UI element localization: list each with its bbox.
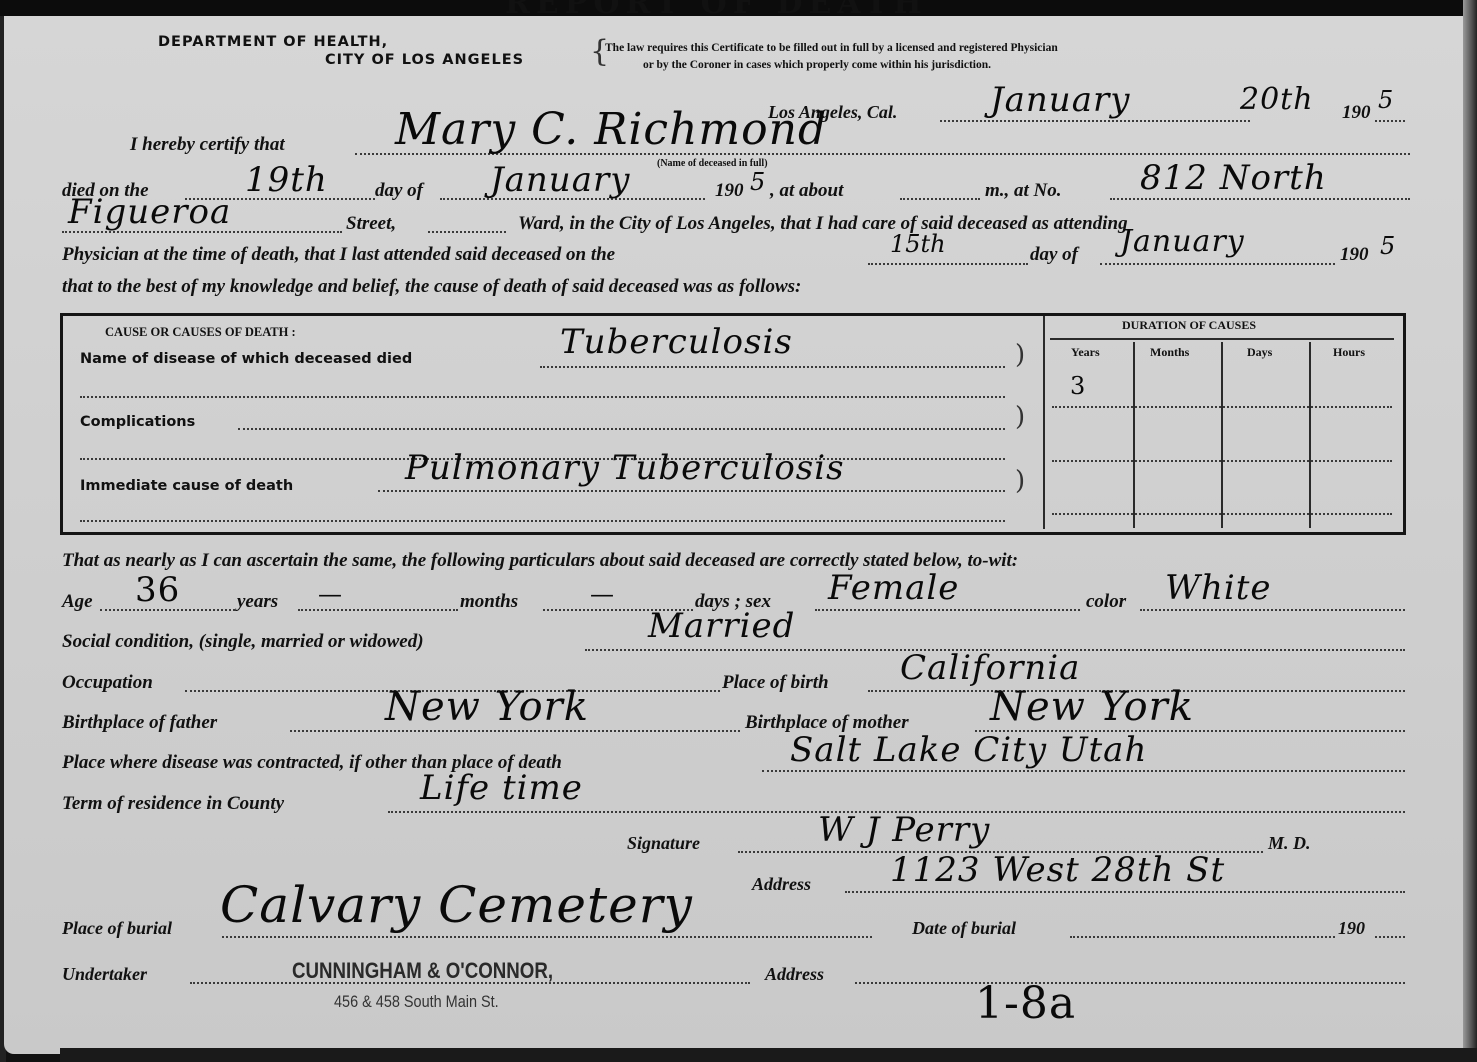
- sex-value: Female: [828, 568, 959, 608]
- file-note: 1-8a: [975, 978, 1076, 1029]
- physician-address-value: 1123 West 28th St: [890, 850, 1225, 890]
- place-of-burial-label: Place of burial: [62, 918, 172, 939]
- signature-label: Signature: [627, 833, 700, 854]
- father-birthplace-label: Birthplace of father: [62, 712, 217, 734]
- report-date-month: January: [990, 80, 1130, 120]
- report-year-suffix: 5: [1378, 86, 1393, 114]
- death-year-suffix: 5: [750, 168, 765, 196]
- death-month: January: [490, 160, 630, 200]
- duration-col-years: Years: [1071, 345, 1100, 360]
- last-attended-month: January: [1120, 224, 1245, 259]
- last-attended-year-prefix: 190: [1340, 244, 1369, 266]
- physician-text: Physician at the time of death, that I l…: [62, 244, 615, 266]
- color-value: White: [1165, 568, 1272, 608]
- duration-heading: DURATION OF CAUSES: [1122, 318, 1256, 333]
- law-notice-line-1: The law requires this Certificate to be …: [605, 42, 1058, 54]
- color-label: color: [1086, 591, 1126, 613]
- residence-term-value: Life time: [420, 768, 583, 808]
- day-of-label: day of: [375, 180, 423, 202]
- m-at-no-label: m., at No.: [985, 180, 1062, 202]
- scan-bottom-edge: [60, 1048, 1477, 1062]
- deceased-name: Mary C. Richmond: [395, 104, 827, 155]
- social-condition-value: Married: [648, 606, 795, 646]
- physician-address-label: Address: [752, 874, 811, 895]
- age-years: 36: [135, 570, 180, 610]
- months-label: months: [460, 591, 518, 613]
- burial-year-prefix: 190: [1338, 918, 1365, 939]
- duration-col-months: Months: [1150, 345, 1189, 360]
- residence-term-label: Term of residence in County: [62, 793, 284, 815]
- undertaker-stamp-name: CUNNINGHAM & O'CONNOR,: [292, 958, 553, 984]
- death-day: 19th: [245, 160, 328, 200]
- department-line-2: CITY OF LOS ANGELES: [325, 52, 524, 68]
- cause-intro: that to the best of my knowledge and bel…: [62, 276, 801, 298]
- md-label: M. D.: [1268, 833, 1311, 854]
- street-name: Figueroa: [68, 192, 231, 232]
- place-of-birth-label: Place of birth: [722, 672, 829, 694]
- undertaker-address-label: Address: [765, 964, 824, 985]
- immediate-cause-label: Immediate cause of death: [80, 478, 293, 494]
- disease-label: Name of disease of which deceased died: [80, 351, 412, 367]
- age-days: —: [590, 580, 614, 608]
- father-birthplace-value: New York: [385, 684, 589, 730]
- mother-birthplace-value: New York: [990, 684, 1194, 730]
- age-months: —: [318, 580, 342, 608]
- undertaker-stamp-address: 456 & 458 South Main St.: [334, 992, 499, 1012]
- department-line-1: DEPARTMENT OF HEALTH,: [158, 34, 388, 50]
- place-of-birth-value: California: [900, 648, 1080, 688]
- duration-col-days: Days: [1247, 345, 1272, 360]
- street-label: Street,: [346, 213, 396, 235]
- certify-label: I hereby certify that: [130, 134, 285, 156]
- date-of-burial-label: Date of burial: [912, 918, 1016, 939]
- report-date-day: 20th: [1240, 82, 1314, 117]
- report-year-prefix: 190: [1342, 102, 1371, 124]
- scan-right-edge: [1463, 0, 1477, 1062]
- social-condition-label: Social condition, (single, married or wi…: [62, 631, 424, 653]
- disease-value: Tuberculosis: [560, 322, 793, 362]
- physician-signature: W J Perry: [818, 810, 990, 850]
- last-attended-day: 15th: [890, 230, 946, 258]
- last-attended-day-of-label: day of: [1030, 244, 1078, 266]
- age-label: Age: [62, 591, 93, 613]
- causes-heading: CAUSE OR CAUSES OF DEATH :: [105, 325, 296, 340]
- years-label: years: [237, 591, 278, 613]
- document-title: REPORT OF DEATH: [505, 0, 928, 21]
- immediate-cause-value: Pulmonary Tuberculosis: [405, 448, 845, 488]
- law-notice-line-2: or by the Coroner in cases which properl…: [643, 59, 991, 71]
- duration-col-hours: Hours: [1333, 345, 1365, 360]
- undertaker-label: Undertaker: [62, 964, 147, 985]
- at-about-label: , at about: [770, 180, 843, 202]
- occupation-label: Occupation: [62, 672, 153, 694]
- street-number: 812 North: [1140, 158, 1327, 198]
- last-attended-year-suffix: 5: [1380, 232, 1395, 260]
- contracted-place-value: Salt Lake City Utah: [790, 730, 1147, 770]
- place-of-burial-value: Calvary Cemetery: [220, 876, 693, 934]
- duration-years-value: 3: [1070, 372, 1085, 400]
- complications-label: Complications: [80, 414, 195, 430]
- death-year-prefix: 190: [715, 180, 744, 202]
- ward-text: Ward, in the City of Los Angeles, that I…: [518, 213, 1128, 235]
